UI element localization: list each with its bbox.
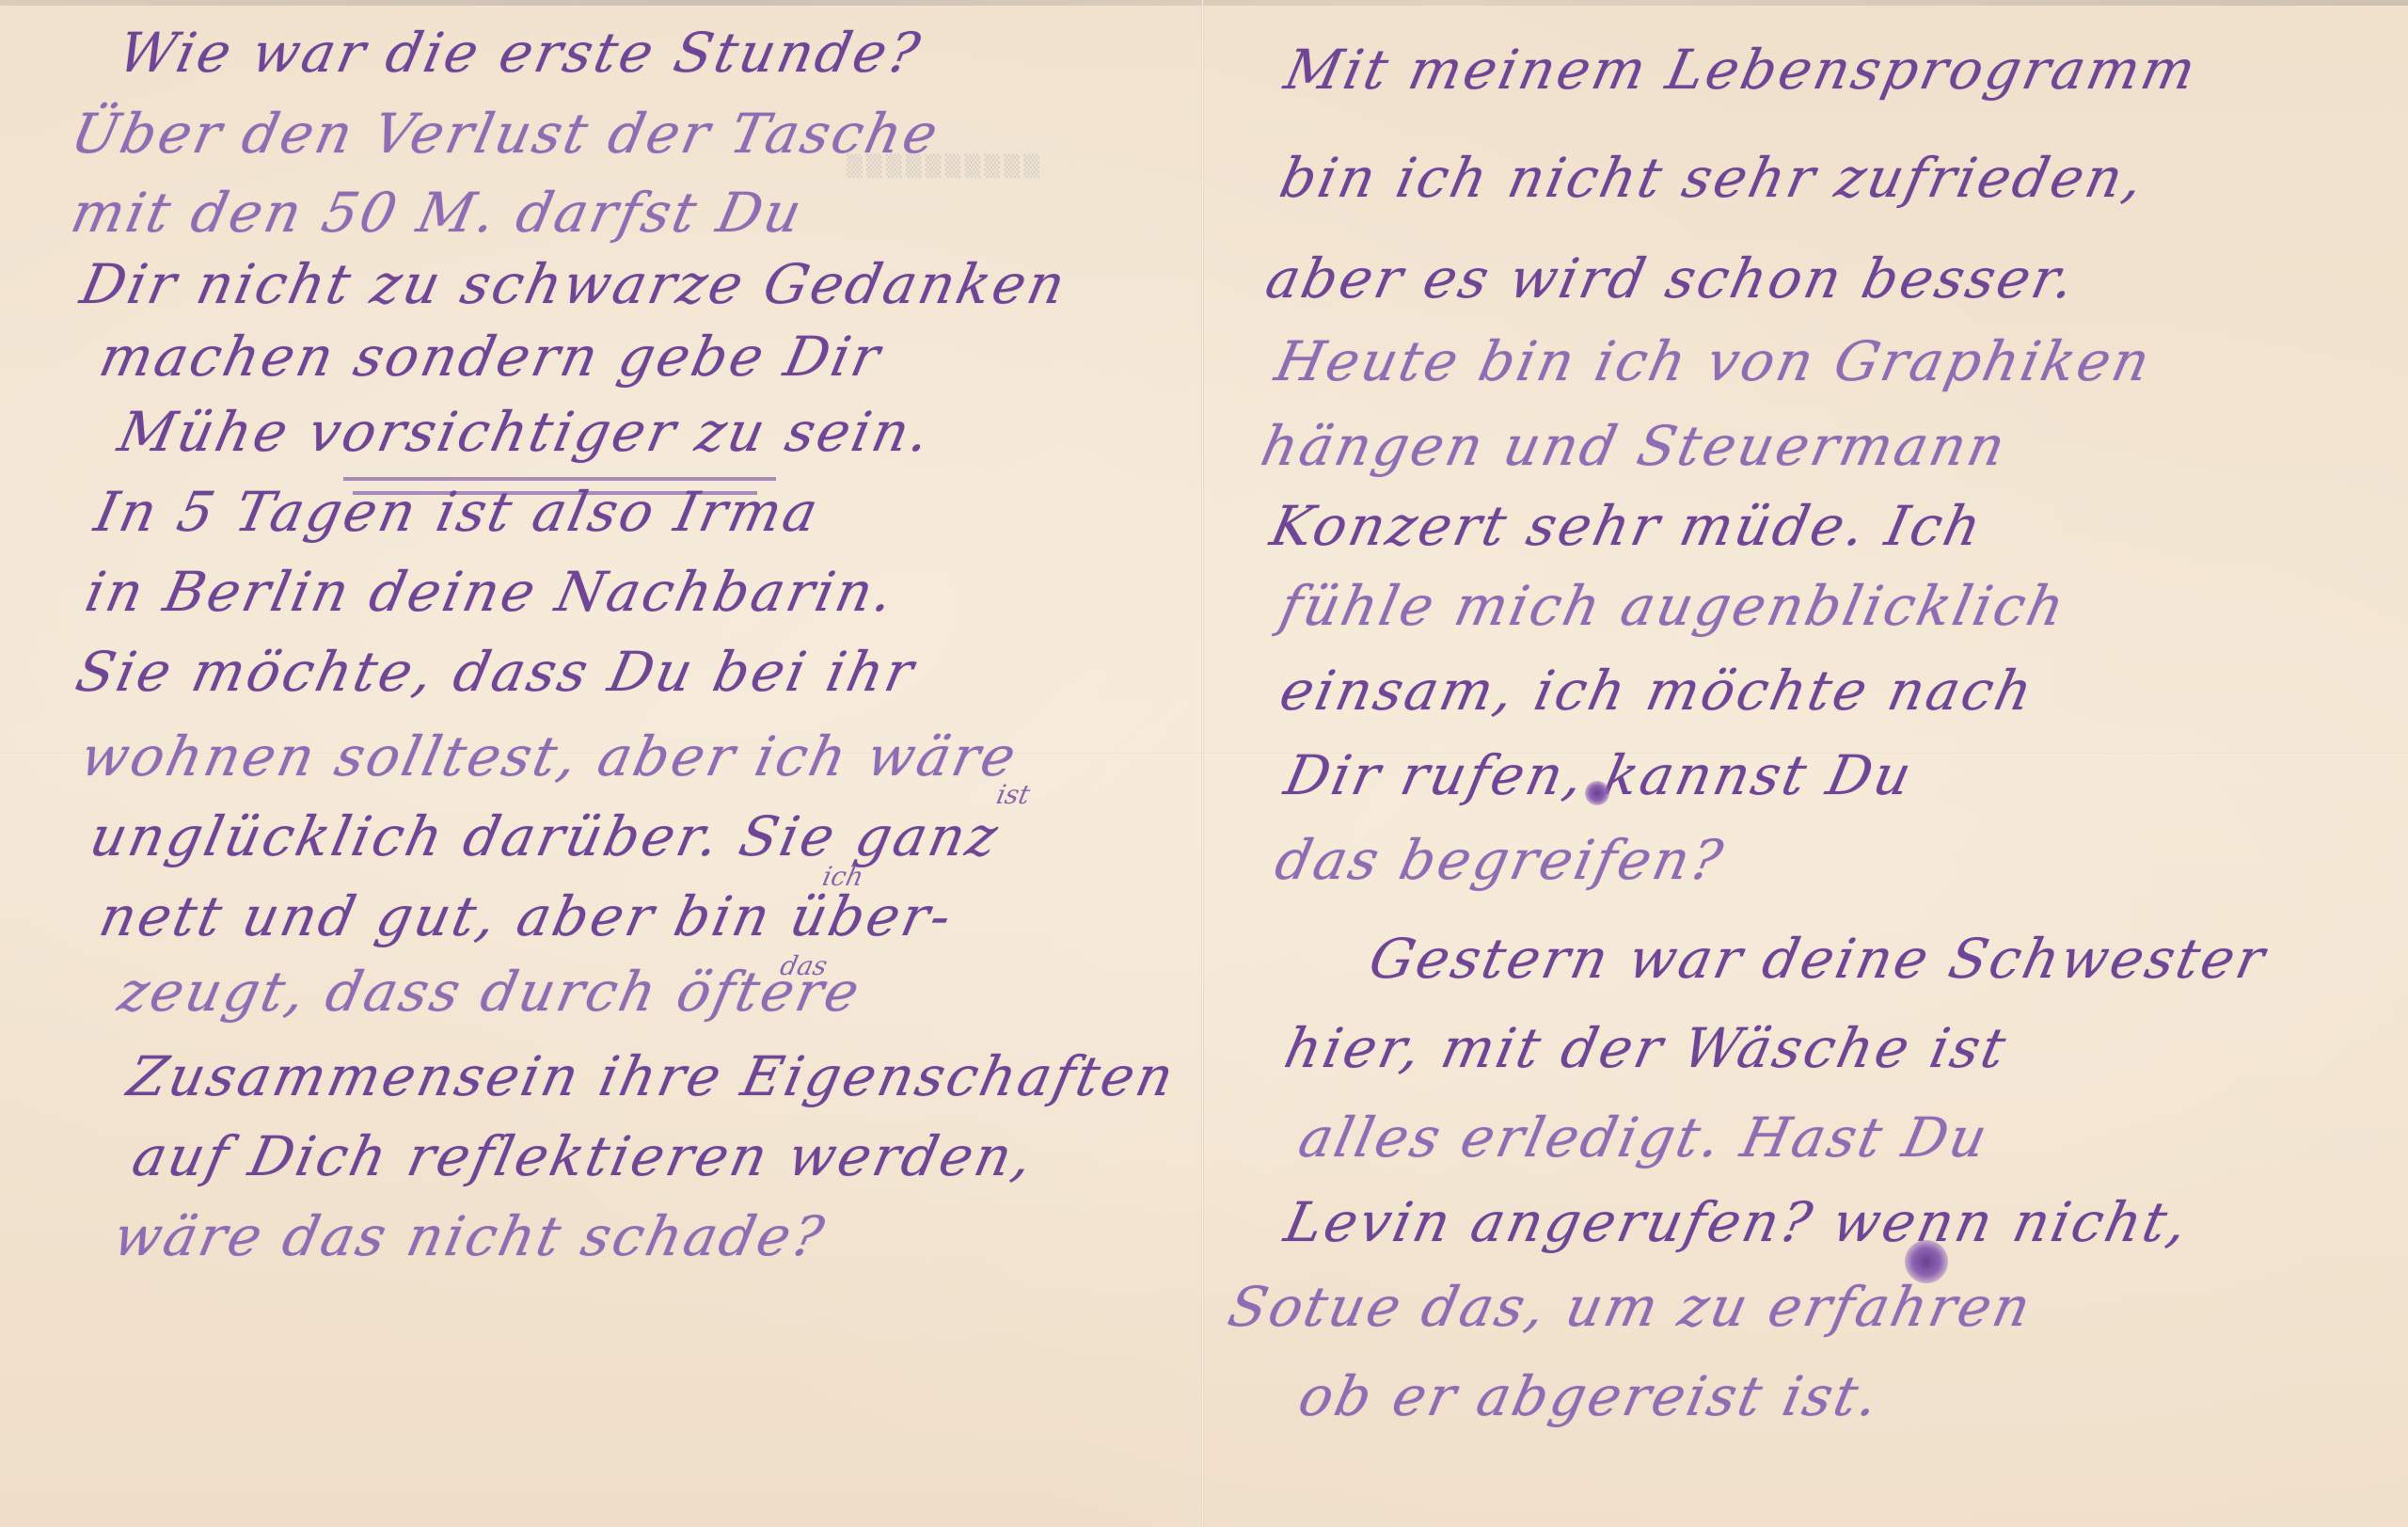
right-line-3: aber es wird schon besser. (1260, 247, 2083, 310)
right-line-12: hier, mit der Wäsche ist (1279, 1016, 2014, 1080)
left-line-10: wohnen solltest, aber ich wäre (75, 724, 1024, 788)
left-line-6: Mühe vorsichtiger zu sein. (113, 400, 938, 464)
left-line-12: nett und gut, aber bin über- (94, 884, 959, 948)
left-line-3: mit den 50 M. darfst Du (66, 181, 810, 245)
right-line-5: hängen und Steuermann (1256, 414, 2013, 478)
insert-das: das (777, 950, 830, 981)
right-line-15: tue das, um zu erfahren (1298, 1275, 2038, 1339)
right-line-14: Levin angerufen? wenn nicht, (1279, 1190, 2195, 1254)
letter-scan: ▒▒▒▒▒▒▒▒▒▒ Wie war die erste Stunde? Übe… (0, 0, 2408, 1527)
right-line-6: Konzert sehr müde. Ich (1265, 494, 1989, 558)
right-line-2: bin ich nicht sehr zufrieden, (1275, 146, 2151, 210)
left-line-2: Über den Verlust der Tasche (66, 102, 946, 166)
left-line-8: in Berlin deine Nachbarin. (80, 560, 901, 624)
right-line-10: das begreifen? (1270, 828, 1731, 892)
left-line-9: Sie möchte, dass Du bei ihr (71, 640, 922, 704)
left-line-14: Zusammensein ihre Eigenschaften (122, 1044, 1181, 1108)
right-line-8: einsam, ich möchte nach (1275, 659, 2040, 723)
left-line-5: machen sondern gebe Dir (94, 325, 888, 389)
left-line-1: Wie war die erste Stunde? (113, 21, 927, 85)
margin-note: So (1223, 1275, 1312, 1339)
right-line-11: Gestern war deine Schwester (1364, 927, 2273, 991)
right-line-7: fühle mich augenblicklich (1275, 574, 2072, 638)
left-page: Wie war die erste Stunde? Über den Verlu… (0, 0, 1201, 1527)
ink-blot (1585, 781, 1609, 805)
insert-ist: ist (993, 779, 1033, 810)
right-line-4: Heute bin ich von Graphiken (1270, 329, 2158, 393)
insert-ich: ich (819, 861, 866, 892)
right-line-16: ob er abgereist ist. (1293, 1364, 1887, 1428)
left-line-15: auf Dich reflektieren werden, (127, 1124, 1040, 1188)
right-page: Mit meinem Lebensprogramm bin ich nicht … (1204, 0, 2408, 1527)
left-line-13: zeugt, dass durch öftere (113, 960, 867, 1024)
left-line-7: In 5 Tagen ist also Irma (89, 480, 826, 544)
left-line-16: wäre das nicht schade? (108, 1204, 832, 1268)
left-line-4: Dir nicht zu schwarze Gedanken (75, 252, 1073, 316)
left-line-11: unglücklich darüber. Sie ganz (85, 804, 1006, 868)
right-line-1: Mit meinem Lebensprogramm (1279, 38, 2204, 102)
right-line-13: alles erledigt. Hast Du (1293, 1105, 1995, 1169)
